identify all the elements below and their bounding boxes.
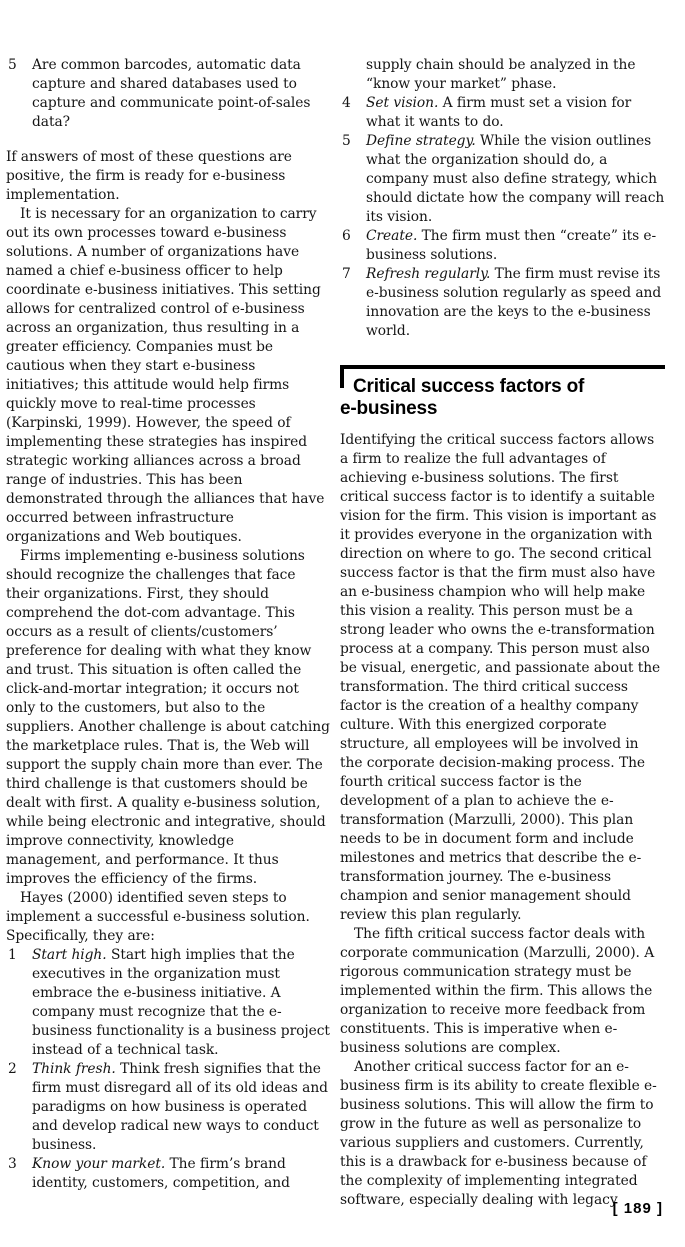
list-item-text: Define strategy. While the vision outlin… [366, 133, 664, 225]
section-heading: Critical success factors ofe-business [340, 365, 665, 420]
list-item-number: 7 [342, 265, 351, 284]
numbered-list-item: 5Define strategy. While the vision outli… [340, 132, 665, 227]
text-run: It is necessary for an organization to c… [6, 206, 324, 545]
numbered-list-item: 7Refresh regularly. The firm must revise… [340, 265, 665, 341]
italic-run: Think fresh. [32, 1061, 116, 1077]
book-page: 5Are common barcodes, automatic data cap… [0, 0, 685, 1247]
list-item-number: 1 [8, 946, 17, 965]
paragraph: The fifth critical success factor deals … [340, 925, 665, 1058]
text-run: The fifth critical success factor deals … [340, 926, 654, 1056]
numbered-list-item: 2Think fresh. Think fresh signifies that… [6, 1060, 331, 1155]
list-item-number: 6 [342, 227, 351, 246]
text-run: If answers of most of these questions ar… [6, 149, 292, 203]
italic-run: Define strategy. [366, 133, 476, 149]
list-item-text: Are common barcodes, automatic data capt… [32, 57, 310, 130]
list-item-number: 5 [342, 132, 351, 151]
section-heading-line: e-business [340, 398, 665, 420]
italic-run: Start high. [32, 947, 107, 963]
text-run: Are common barcodes, automatic data capt… [32, 57, 310, 130]
numbered-list-item: 4Set vision. A firm must set a vision fo… [340, 94, 665, 132]
page-number: [ 189 ] [613, 1200, 663, 1217]
list-item-text: supply chain should be analyzed in the “… [366, 57, 636, 92]
list-item-number: 3 [8, 1155, 17, 1174]
paragraph: Hayes (2000) identified seven steps to i… [6, 889, 331, 946]
list-item-text: Create. The firm must then “create” its … [366, 228, 656, 263]
italic-run: Refresh regularly. [366, 266, 490, 282]
text-run: Start high implies that the executives i… [32, 947, 330, 1058]
right-column: supply chain should be analyzed in the “… [340, 56, 665, 1210]
section-heading-line: Critical success factors of [340, 376, 665, 398]
text-run: Firms implementing e-business solutions … [6, 548, 330, 887]
numbered-list-item: 5Are common barcodes, automatic data cap… [6, 56, 331, 132]
paragraph: Firms implementing e-business solutions … [6, 547, 331, 889]
list-item-text: Know your market. The firm’s brand ident… [32, 1156, 290, 1191]
paragraph: It is necessary for an organization to c… [6, 205, 331, 547]
list-item-text: Start high. Start high implies that the … [32, 947, 330, 1058]
numbered-list-item: 1Start high. Start high implies that the… [6, 946, 331, 1060]
paragraph: If answers of most of these questions ar… [6, 148, 331, 205]
list-item-text: Set vision. A firm must set a vision for… [366, 95, 631, 130]
numbered-list-item: 3Know your market. The firm’s brand iden… [6, 1155, 331, 1193]
text-run: Another critical success factor for an e… [340, 1059, 657, 1208]
text-run: Identifying the critical success factors… [340, 432, 660, 923]
two-column-layout: 5Are common barcodes, automatic data cap… [6, 56, 665, 1210]
list-item-text: Refresh regularly. The firm must revise … [366, 266, 661, 339]
italic-run: Create. [366, 228, 417, 244]
numbered-list-item: 6Create. The firm must then “create” its… [340, 227, 665, 265]
list-item-text: Think fresh. Think fresh signifies that … [32, 1061, 328, 1153]
italic-run: Know your market. [32, 1156, 165, 1172]
list-item-number: 2 [8, 1060, 17, 1079]
list-item-number: 4 [342, 94, 351, 113]
paragraph: Another critical success factor for an e… [340, 1058, 665, 1210]
text-run: Hayes (2000) identified seven steps to i… [6, 890, 310, 944]
paragraph: Identifying the critical success factors… [340, 431, 665, 925]
italic-run: Set vision. [366, 95, 438, 111]
text-run: supply chain should be analyzed in the “… [366, 57, 636, 92]
list-item-number: 5 [8, 56, 17, 75]
list-item-continuation: supply chain should be analyzed in the “… [340, 56, 665, 94]
left-column: 5Are common barcodes, automatic data cap… [6, 56, 331, 1210]
heading-left-tick [340, 369, 344, 388]
